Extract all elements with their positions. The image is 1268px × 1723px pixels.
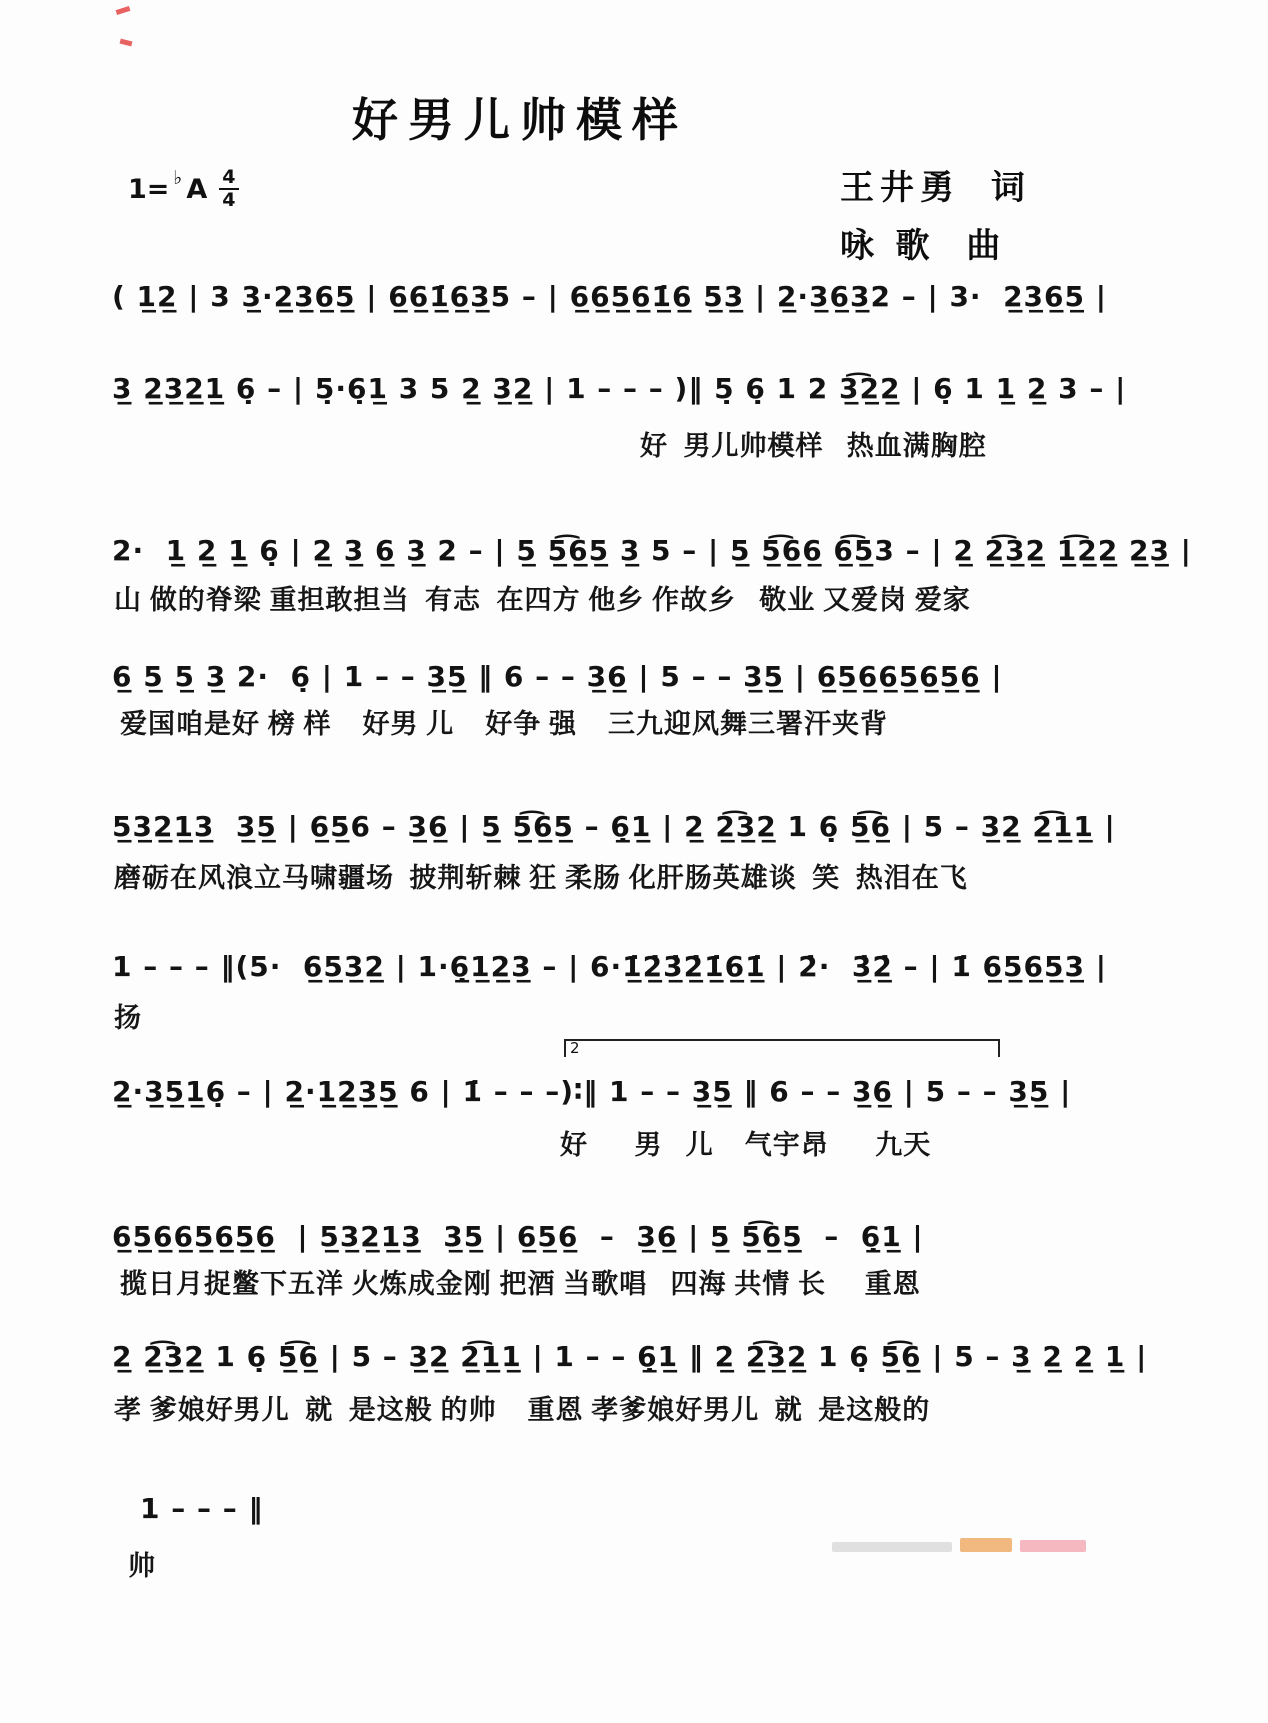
notation-line: 2̲·3̲5̲1̲6̣ – | 2̲·1̲2̲3̲5̲ 6 | 1̇ – – –… — [112, 1075, 1172, 1108]
lyric-line: 帅 — [128, 1544, 156, 1583]
scan-artifact-mark — [116, 6, 131, 15]
notation-system: 1 – – – ‖ 帅 — [140, 1492, 1200, 1525]
lyric-line: 山 做的脊梁 重担敢担当 有志 在四方 他乡 作故乡 敬业 又爱岗 爱家 — [114, 578, 971, 617]
key-signature: 1=♭A 4 4 — [128, 168, 239, 210]
notation-line: 2· 1̲ 2̲ 1̲ 6̣ | 2̲ 3̲ 6̲ 3̲ 2 – | 5̲ 5̲… — [112, 534, 1172, 567]
lyric-line: 好 男儿帅模样 热血满胸腔 — [640, 424, 987, 463]
time-signature: 4 4 — [219, 168, 238, 210]
scan-artifact-mark — [120, 39, 133, 47]
watermark-red-text — [1020, 1540, 1086, 1552]
notation-line: 1 – – – ‖ — [140, 1492, 1200, 1525]
key-prefix: 1= — [128, 174, 169, 205]
notation-system: 3̲ 2̲3̲2̲1̲ 6̣ – | 5̣·6̣1̲ 3 5 2̲ 3̲2̲ |… — [112, 372, 1172, 405]
notation-system: 5̲3̲2̲1̲3̲ 3̲5̲ | 6̲5̲6 – 3̲6̲ | 5̲ 5̲͡6… — [112, 810, 1172, 843]
notation-line: 3̲ 2̲3̲2̲1̲ 6̣ – | 5̣·6̣1̲ 3 5 2̲ 3̲2̲ |… — [112, 372, 1172, 405]
lyric-line: 孝 爹娘好男儿 就 是这般 的帅 重恩 孝爹娘好男儿 就 是这般的 — [114, 1388, 930, 1427]
notation-line: 6̲ 5̲ 5̲ 3̲ 2· 6̣ | 1 – – 3̲5̲ ‖ 6 – – 3… — [112, 660, 1172, 693]
flat-symbol: ♭ — [173, 167, 182, 189]
notation-system: ( 1̲2̲ | 3 3̲·2̲3̲6̲5̲ | 6̲6̲1̲̇6̲3̲5 – … — [112, 280, 1172, 313]
notation-system: 1 – – – ‖(5· 6̲5̲3̲2̲ | 1·6̲̣1̲2̲3̲ – | … — [112, 950, 1172, 983]
site-watermark — [832, 1538, 1086, 1554]
time-signature-numerator: 4 — [219, 168, 238, 190]
time-signature-denominator: 4 — [222, 190, 235, 210]
watermark-gray-text — [832, 1542, 952, 1552]
notation-line: 6̲5̲6̲6̲5̲6̲5̲6̲ | 5̲3̲2̲1̲3̲ 3̲5̲ | 6̲5… — [112, 1220, 1172, 1253]
notation-line: 2̲ 2̲͡3̲2̲ 1 6̣ 5̲͡6̲ | 5 – 3̲2̲ 2̲͡1̲1̲… — [112, 1340, 1172, 1373]
watermark-orange-text — [960, 1538, 1012, 1552]
lyric-line: 扬 — [114, 996, 142, 1035]
lyricist-credit: 王井勇 词 — [840, 160, 1040, 209]
lyric-line: 揽日月捉鳖下五洋 火炼成金刚 把酒 当歌唱 四海 共情 长 重恩 — [120, 1262, 921, 1301]
song-title: 好男儿帅模样 — [0, 84, 1040, 150]
notation-system: 6̲ 5̲ 5̲ 3̲ 2· 6̣ | 1 – – 3̲5̲ ‖ 6 – – 3… — [112, 660, 1172, 693]
lyric-line: 好 男 儿 气宇昂 九天 — [560, 1123, 931, 1162]
notation-line: 1 – – – ‖(5· 6̲5̲3̲2̲ | 1·6̲̣1̲2̲3̲ – | … — [112, 950, 1172, 983]
key-letter: A — [186, 174, 207, 205]
notation-system: 2̲ 2̲͡3̲2̲ 1 6̣ 5̲͡6̲ | 5 – 3̲2̲ 2̲͡1̲1̲… — [112, 1340, 1172, 1373]
lyric-line: 磨砺在风浪立马啸疆场 披荆斩棘 狂 柔肠 化肝肠英雄谈 笑 热泪在飞 — [114, 856, 968, 895]
second-ending-number: 2 — [570, 1039, 580, 1057]
notation-line: ( 1̲2̲ | 3 3̲·2̲3̲6̲5̲ | 6̲6̲1̲̇6̲3̲5 – … — [112, 280, 1172, 313]
notation-system: 2· 1̲ 2̲ 1̲ 6̣ | 2̲ 3̲ 6̲ 3̲ 2 – | 5̲ 5̲… — [112, 534, 1172, 567]
composer-credit: 咏 歌 曲 — [840, 218, 1040, 267]
second-ending-bracket: 2 — [564, 1039, 1000, 1057]
notation-line: 5̲3̲2̲1̲3̲ 3̲5̲ | 6̲5̲6 – 3̲6̲ | 5̲ 5̲͡6… — [112, 810, 1172, 843]
lyric-line: 爱国咱是好 榜 样 好男 儿 好争 强 三九迎风舞三署汗夹背 — [120, 702, 888, 741]
sheet-music-page: 好男儿帅模样 1=♭A 4 4 王井勇 词 咏 歌 曲 ( 1̲2̲ | 3 3… — [0, 0, 1268, 1723]
notation-system: 6̲5̲6̲6̲5̲6̲5̲6̲ | 5̲3̲2̲1̲3̲ 3̲5̲ | 6̲5… — [112, 1220, 1172, 1253]
notation-system: 2 2̲·3̲5̲1̲6̣ – | 2̲·1̲2̲3̲5̲ 6 | 1̇ – –… — [112, 1075, 1172, 1108]
